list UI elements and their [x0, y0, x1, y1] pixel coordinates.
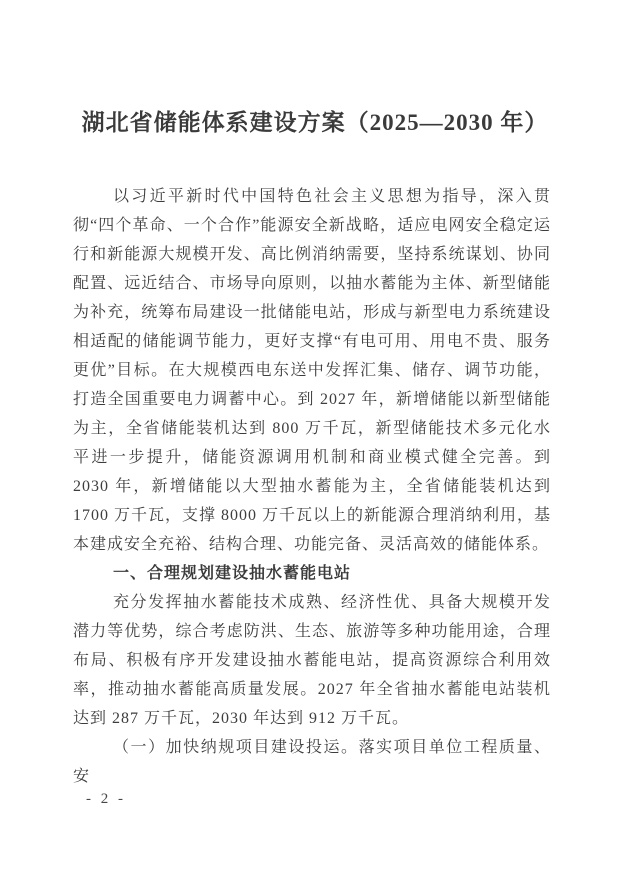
document-title: 湖北省储能体系建设方案（2025—2030 年） [0, 106, 630, 140]
paragraph-intro: 以习近平新时代中国特色社会主义思想为指导，深入贯彻“四个革命、一个合作”能源安全… [73, 182, 551, 559]
subsection-1-lead: （一）加快纳规项目建设投运。 [113, 739, 359, 756]
page-number: - 2 - [86, 791, 126, 808]
document-page: 湖北省储能体系建设方案（2025—2030 年） 以习近平新时代中国特色社会主义… [0, 0, 630, 888]
paragraph-section-1: 充分发挥抽水蓄能技术成熟、经济性优、具备大规模开发潜力等优势，综合考虑防洪、生态… [73, 588, 551, 733]
section-heading-1: 一、合理规划建设抽水蓄能电站 [73, 559, 551, 588]
paragraph-subsection-1: （一）加快纳规项目建设投运。落实项目单位工程质量、安 [73, 733, 551, 791]
document-body: 以习近平新时代中国特色社会主义思想为指导，深入贯彻“四个革命、一个合作”能源安全… [73, 182, 551, 791]
